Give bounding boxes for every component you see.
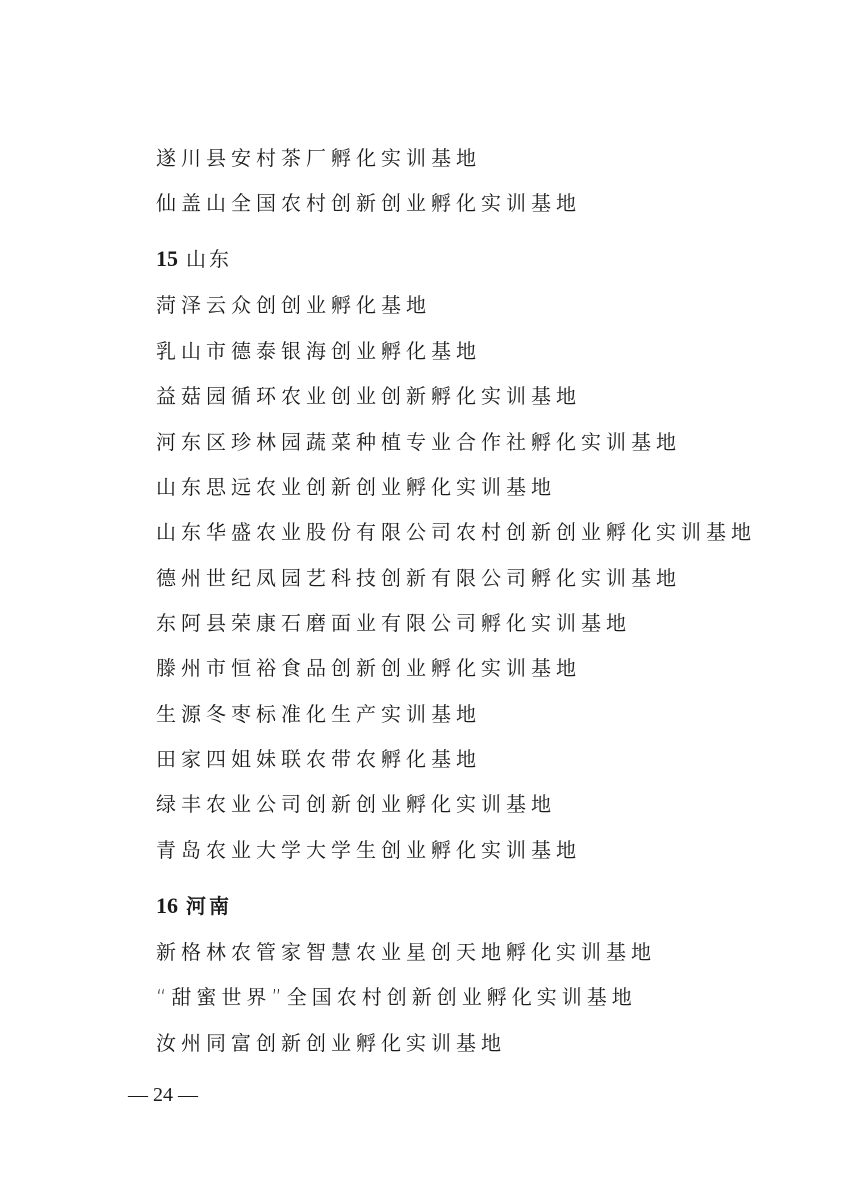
- list-item: 新格林农管家智慧农业星创天地孵化实训基地: [156, 940, 656, 964]
- list-item: 德州世纪凤园艺科技创新有限公司孵化实训基地: [156, 566, 681, 590]
- list-item: 益菇园循环农业创业创新孵化实训基地: [156, 384, 581, 408]
- list-item: 山东思远农业创新创业孵化实训基地: [156, 475, 556, 499]
- document-page: 遂川县安村茶厂孵化实训基地 仙盖山全国农村创新创业孵化实训基地 15山东 菏泽云…: [0, 0, 848, 1200]
- list-item: 仙盖山全国农村创新创业孵化实训基地: [156, 191, 581, 215]
- list-item: 田家四姐妹联农带农孵化基地: [156, 747, 481, 771]
- section-heading-henan: 16河南: [156, 894, 232, 918]
- section-heading-shandong: 15山东: [156, 247, 232, 271]
- page-number: — 24 —: [128, 1083, 198, 1107]
- list-item: 绿丰农业公司创新创业孵化实训基地: [156, 792, 556, 816]
- list-item: 青岛农业大学大学生创业孵化实训基地: [156, 838, 581, 862]
- list-item: 滕州市恒裕食品创新创业孵化实训基地: [156, 656, 581, 680]
- list-item: 东阿县荣康石磨面业有限公司孵化实训基地: [156, 611, 631, 635]
- section-number: 16: [156, 893, 178, 918]
- list-item: 山东华盛农业股份有限公司农村创新创业孵化实训基地: [156, 520, 756, 544]
- section-number: 15: [156, 246, 178, 271]
- list-item: 乳山市德泰银海创业孵化基地: [156, 339, 481, 363]
- list-item: 河东区珍林园蔬菜种植专业合作社孵化实训基地: [156, 430, 681, 454]
- list-item: 菏泽云众创创业孵化基地: [156, 293, 431, 317]
- list-item: “甜蜜世界”全国农村创新创业孵化实训基地: [156, 985, 637, 1009]
- list-item: 汝州同富创新创业孵化实训基地: [156, 1031, 506, 1055]
- section-name: 山东: [186, 247, 232, 271]
- list-item: 生源冬枣标准化生产实训基地: [156, 702, 481, 726]
- section-name: 河南: [186, 894, 232, 918]
- list-item: 遂川县安村茶厂孵化实训基地: [156, 146, 481, 170]
